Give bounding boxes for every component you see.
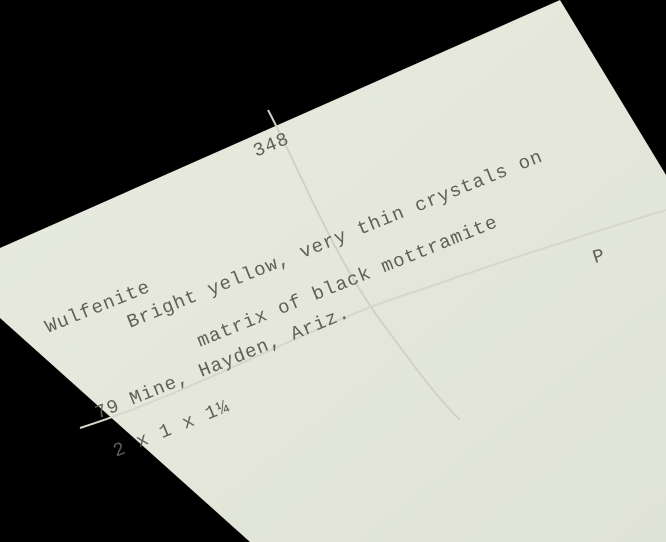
paper-sheet xyxy=(0,0,666,542)
paper-body xyxy=(0,0,666,542)
specimen-label-photo: 348 Wulfenite Bright yellow, very thin c… xyxy=(0,0,666,542)
